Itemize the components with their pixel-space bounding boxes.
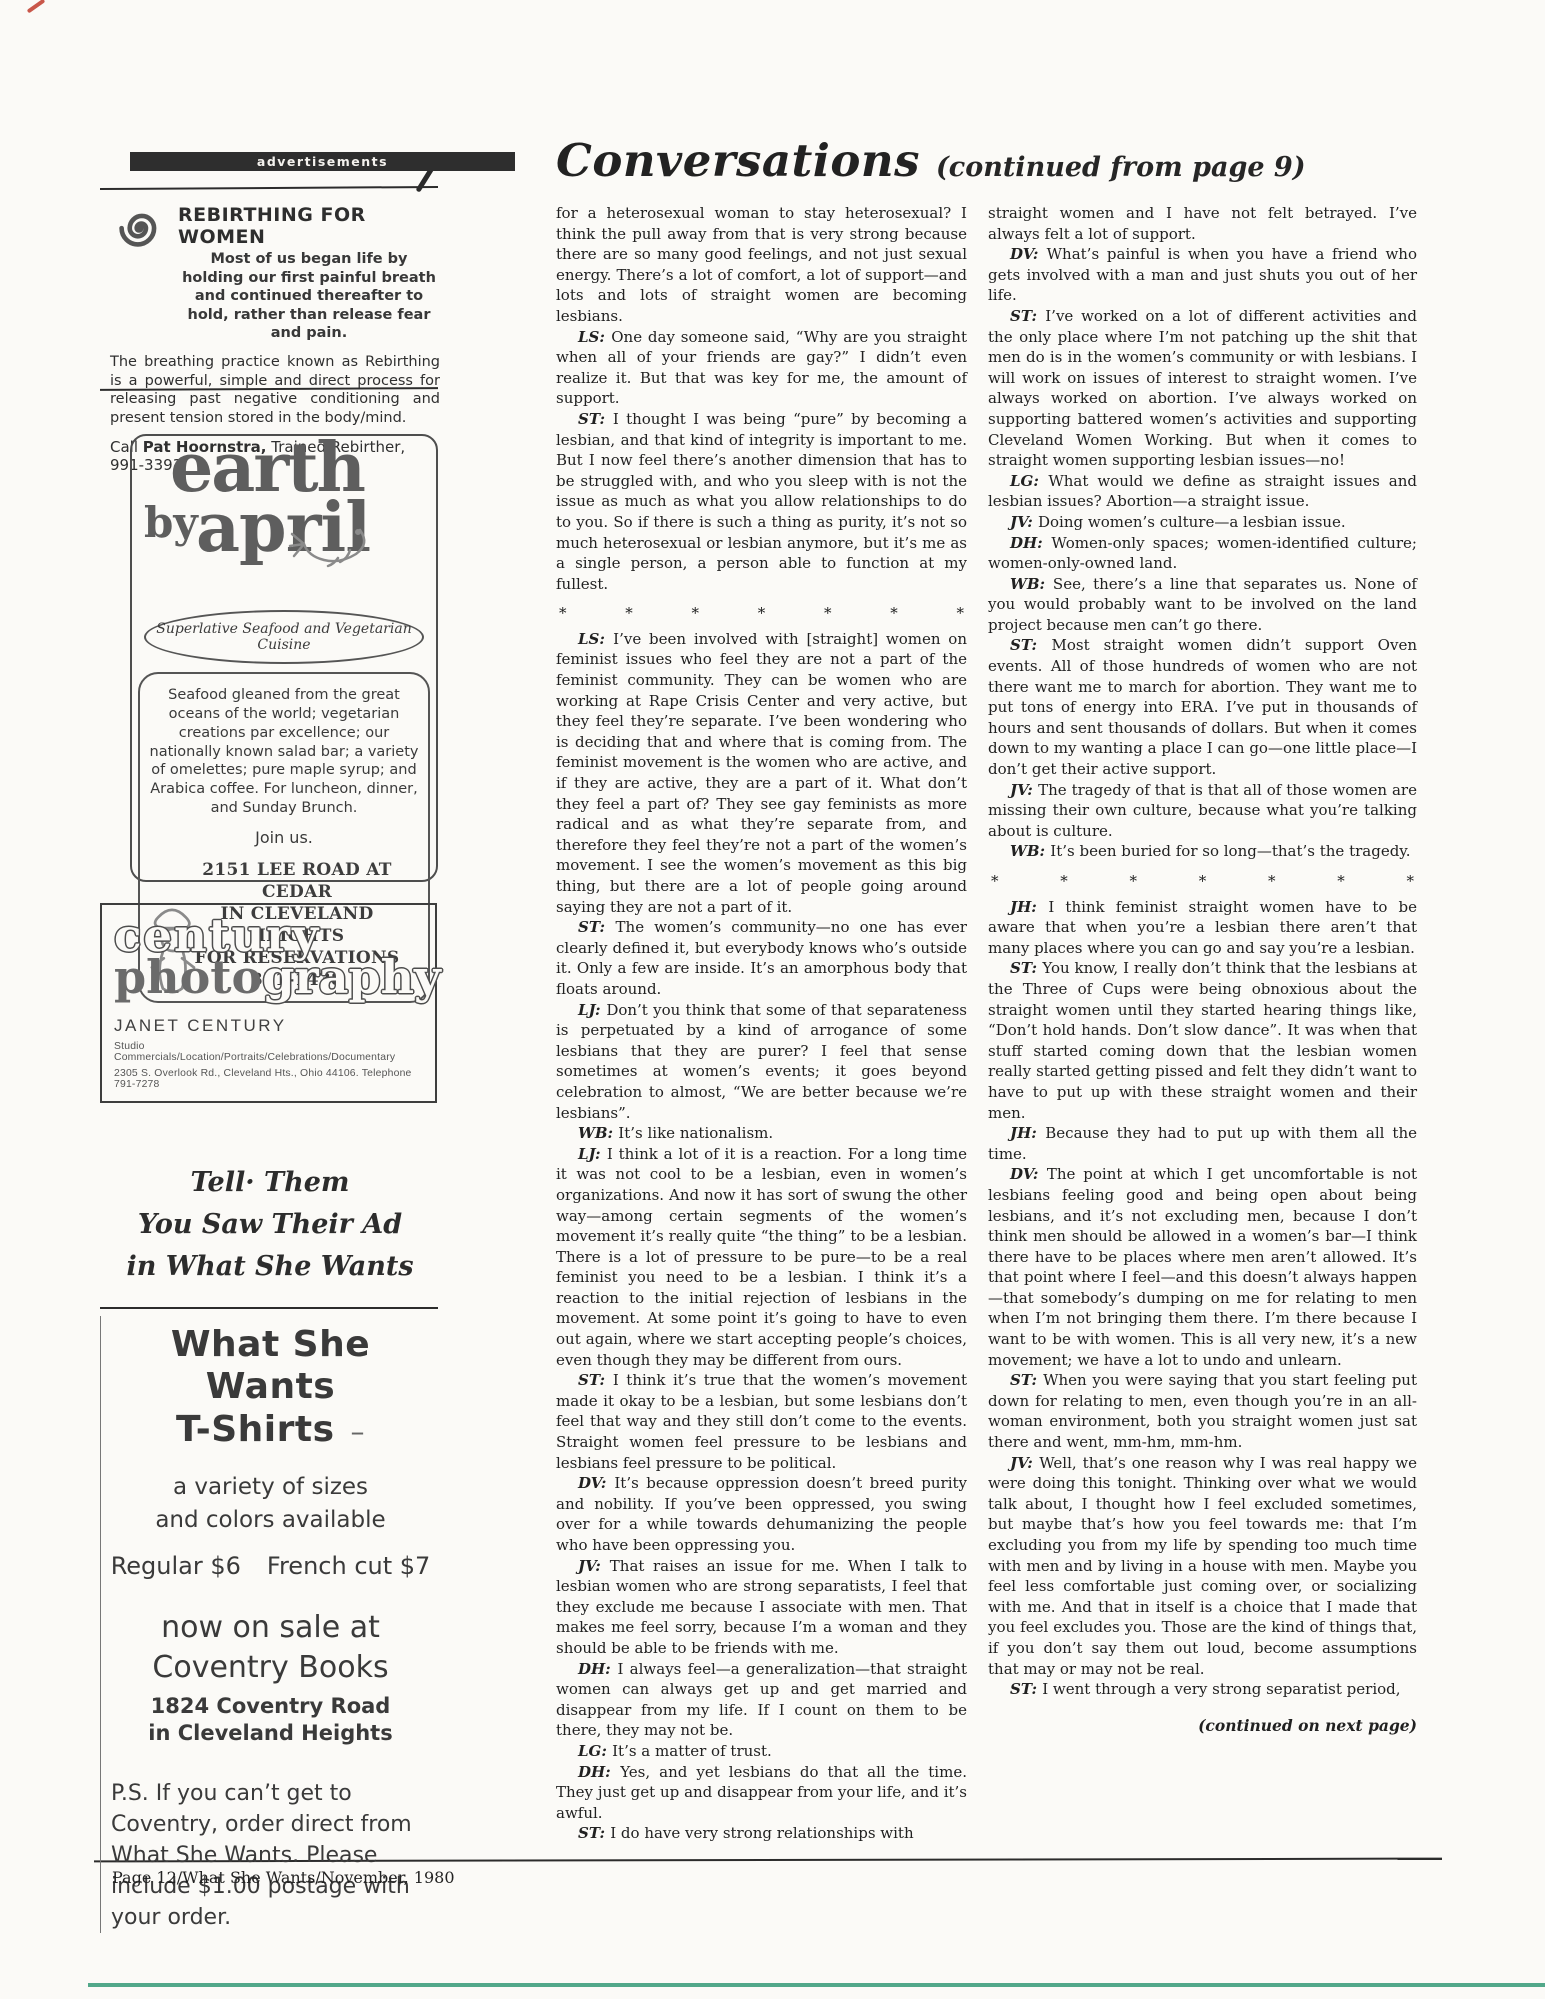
speaker-label: DV: <box>578 1474 614 1492</box>
asterisk: * <box>1199 871 1207 892</box>
speaker-label: JH: <box>1010 898 1048 916</box>
section-separator: ******* <box>556 594 967 629</box>
speaker-label: WB: <box>1010 575 1053 593</box>
paragraph-text: straight women and I have not felt betra… <box>988 204 1417 243</box>
paragraph-text: See, there’s a line that separates us. N… <box>988 575 1417 634</box>
speaker-label: ST: <box>1010 1680 1042 1698</box>
speaker-label: JV: <box>1010 1454 1039 1472</box>
paragraph-text: Women-only spaces; women-identified cult… <box>988 534 1417 573</box>
article-column-1: for a heterosexual woman to stay heteros… <box>556 203 967 1844</box>
dialogue-paragraph: WB: See, there’s a line that separates u… <box>988 574 1417 636</box>
paragraph-text: Don’t you think that some of that separa… <box>556 1001 967 1122</box>
paragraph-text: I think feminist straight women have to … <box>988 898 1417 957</box>
article-header: Conversations(continued from page 9) <box>556 134 1306 187</box>
paragraph-text: It’s a matter of trust. <box>612 1742 772 1760</box>
dialogue-paragraph: ST: I’ve worked on a lot of different ac… <box>988 306 1417 471</box>
asterisk: * <box>1060 871 1068 892</box>
century-address: 2305 S. Overlook Rd., Cleveland Hts., Oh… <box>114 1068 423 1090</box>
paragraph-text: I always feel—a generalization—that stra… <box>556 1660 967 1740</box>
tshirts-sale-location: now on sale at Coventry Books <box>101 1608 440 1689</box>
speaker-label: JV: <box>1010 513 1038 531</box>
advertisements-banner: advertisements <box>130 152 515 171</box>
speaker-label: ST: <box>1010 307 1045 325</box>
asterisk: * <box>692 603 700 624</box>
earth-by-april-tagline: Superlative Seafood and Vegetarian Cuisi… <box>144 610 424 664</box>
paragraph-text: I think it’s true that the women’s movem… <box>556 1371 967 1471</box>
earth-by-april-logo: earth by april <box>138 440 430 608</box>
asterisk: * <box>824 603 832 624</box>
tshirts-sizes: a variety of sizes and colors available <box>101 1471 440 1535</box>
paragraph-text: You know, I really don’t think that the … <box>988 959 1417 1121</box>
speaker-label: JV: <box>578 1557 610 1575</box>
paragraph-text: I thought I was being “pure” by becoming… <box>556 410 967 593</box>
tell-them-notice: Tell· Them You Saw Their Ad in What She … <box>100 1162 440 1288</box>
dialogue-paragraph: LJ: I think a lot of it is a reaction. F… <box>556 1144 967 1371</box>
tshirts-postscript: P.S. If you can’t get to Coventry, order… <box>101 1779 440 1933</box>
paragraph-text: The point at which I get uncomfortable i… <box>988 1165 1417 1368</box>
paragraph-text: It’s because oppression doesn’t breed pu… <box>556 1474 967 1554</box>
paragraph-text: I’ve been involved with [straight] women… <box>556 630 967 916</box>
rebirthing-ad-intro: Most of us began life by holding our fir… <box>178 250 440 343</box>
paragraph-text: Most straight women didn’t support Oven … <box>988 636 1417 778</box>
asterisk: * <box>957 603 965 624</box>
dialogue-paragraph: LS: One day someone said, “Why are you s… <box>556 327 967 409</box>
dialogue-paragraph: straight women and I have not felt betra… <box>988 203 1417 244</box>
dialogue-paragraph: DH: Yes, and yet lesbians do that all th… <box>556 1762 967 1824</box>
paragraph-text: I’ve worked on a lot of different activi… <box>988 307 1417 469</box>
dialogue-paragraph: ST: I do have very strong relationships … <box>556 1823 967 1844</box>
tshirts-title: What She Wants T-Shirts– <box>101 1324 440 1451</box>
speaker-label: JV: <box>1010 781 1038 799</box>
asterisk: * <box>1407 871 1415 892</box>
speaker-label: ST: <box>1010 1371 1043 1389</box>
paragraph-text: for a heterosexual woman to stay heteros… <box>556 204 967 325</box>
paragraph-text: Well, that’s one reason why I was real h… <box>988 1454 1417 1678</box>
speaker-label: ST: <box>578 1371 613 1389</box>
speaker-label: LS: <box>578 328 611 346</box>
century-owner-name: JANET CENTURY <box>114 1016 423 1036</box>
dialogue-paragraph: DV: It’s because oppression doesn’t bree… <box>556 1473 967 1555</box>
rebirthing-ad-title: REBIRTHING FOR WOMEN <box>178 204 440 248</box>
spiral-icon <box>110 196 168 258</box>
tshirts-address: 1824 Coventry Road in Cleveland Heights <box>101 1693 440 1748</box>
column-2-paragraphs: straight women and I have not felt betra… <box>988 203 1417 1700</box>
article-title: Conversations <box>556 134 920 187</box>
speaker-label: DV: <box>1010 1165 1047 1183</box>
dialogue-paragraph: LG: What would we define as straight iss… <box>988 471 1417 512</box>
dialogue-paragraph: LS: I’ve been involved with [straight] w… <box>556 629 967 917</box>
speaker-label: LG: <box>578 1742 612 1760</box>
pen-dash-mark: – <box>351 1415 366 1448</box>
article-column-2: straight women and I have not felt betra… <box>988 203 1417 1736</box>
section-separator: ******* <box>988 862 1417 897</box>
speaker-label: ST: <box>578 410 613 428</box>
continued-next-page-note: (continued on next page) <box>988 1716 1417 1737</box>
dialogue-paragraph: DV: What’s painful is when you have a fr… <box>988 244 1417 306</box>
paragraph-text: The women’s community—no one has ever cl… <box>556 918 967 998</box>
speaker-label: DH: <box>1010 534 1051 552</box>
dialogue-paragraph: ST: I thought I was being “pure” by beco… <box>556 409 967 594</box>
dialogue-paragraph: WB: It’s like nationalism. <box>556 1123 967 1144</box>
dialogue-paragraph: WB: It’s been buried for so long—that’s … <box>988 841 1417 862</box>
asterisk: * <box>1130 871 1138 892</box>
dialogue-paragraph: JH: Because they had to put up with them… <box>988 1123 1417 1164</box>
paragraph-text: When you were saying that you start feel… <box>988 1371 1417 1451</box>
dialogue-paragraph: ST: When you were saying that you start … <box>988 1370 1417 1452</box>
speaker-label: LJ: <box>578 1145 607 1163</box>
paragraph-text: What would we define as straight issues … <box>988 472 1417 511</box>
paragraph-text: Doing women’s culture—a lesbian issue. <box>1038 513 1346 531</box>
rebirthing-ad-body: The breathing practice known as Rebirthi… <box>110 353 440 428</box>
paragraph-text: I went through a very strong separatist … <box>1042 1680 1400 1698</box>
paragraph-text: I do have very strong relationships with <box>610 1824 913 1842</box>
page-footer: Page 12/What She Wants/November, 1980 <box>112 1868 455 1887</box>
divider-rule <box>100 186 438 190</box>
asterisk: * <box>991 871 999 892</box>
paragraph-text: That raises an issue for me. When I talk… <box>556 1557 967 1657</box>
paragraph-text: Because they had to put up with them all… <box>988 1124 1417 1163</box>
speaker-label: LJ: <box>578 1001 606 1019</box>
speaker-label: ST: <box>578 1824 610 1842</box>
asterisk: * <box>1337 871 1345 892</box>
asterisk: * <box>890 603 898 624</box>
dialogue-paragraph: ST: You know, I really don’t think that … <box>988 958 1417 1123</box>
earth-by-april-body: Seafood gleaned from the great oceans of… <box>148 686 420 818</box>
speaker-label: LG: <box>1010 472 1048 490</box>
dialogue-paragraph: DH: Women-only spaces; women-identified … <box>988 533 1417 574</box>
century-photography-ad: century photography JANET CENTURY Studio… <box>100 903 437 1103</box>
dialogue-paragraph: ST: I went through a very strong separat… <box>988 1679 1417 1700</box>
asterisk: * <box>758 603 766 624</box>
red-corner-mark <box>27 0 46 13</box>
dialogue-paragraph: ST: The women’s community—no one has eve… <box>556 917 967 999</box>
paragraph-text: The tragedy of that is that all of those… <box>988 781 1417 840</box>
speaker-label: WB: <box>578 1124 618 1142</box>
newspaper-page: advertisements REBIRTHING FOR WOMEN Most… <box>0 0 1545 1999</box>
paragraph-text: I think a lot of it is a reaction. For a… <box>556 1145 967 1369</box>
paragraph-text: One day someone said, “Why are you strai… <box>556 328 967 408</box>
speaker-label: DH: <box>578 1660 617 1678</box>
asterisk: * <box>1268 871 1276 892</box>
dialogue-paragraph: DH: I always feel—a generalization—that … <box>556 1659 967 1741</box>
paragraph-text: What’s painful is when you have a friend… <box>988 245 1417 304</box>
tshirts-ad: What She Wants T-Shirts– a variety of si… <box>100 1316 440 1933</box>
speaker-label: JH: <box>1010 1124 1045 1142</box>
speaker-label: ST: <box>1010 636 1052 654</box>
asterisk: * <box>559 603 567 624</box>
dialogue-paragraph: ST: Most straight women didn’t support O… <box>988 635 1417 779</box>
dialogue-paragraph: JV: Well, that’s one reason why I was re… <box>988 1453 1417 1680</box>
century-services: Studio Commercials/Location/Portraits/Ce… <box>114 1041 423 1063</box>
article-continuation-note: (continued from page 9) <box>936 152 1306 183</box>
dialogue-paragraph: JH: I think feminist straight women have… <box>988 897 1417 959</box>
dialogue-paragraph: JV: Doing women’s culture—a lesbian issu… <box>988 512 1417 533</box>
shrimp-icon <box>288 518 372 572</box>
scan-edge-line <box>88 1983 1545 1987</box>
earth-by-april-join: Join us. <box>148 828 420 847</box>
paragraph-text: It’s like nationalism. <box>618 1124 773 1142</box>
divider-rule <box>100 1307 438 1309</box>
speaker-label: ST: <box>578 918 616 936</box>
speaker-label: ST: <box>1010 959 1042 977</box>
century-logo-line2: photography <box>114 954 423 1000</box>
dialogue-paragraph: JV: The tragedy of that is that all of t… <box>988 780 1417 842</box>
dialogue-paragraph: ST: I think it’s true that the women’s m… <box>556 1370 967 1473</box>
speaker-label: DV: <box>1010 245 1047 263</box>
speaker-label: LS: <box>578 630 613 648</box>
dialogue-paragraph: LG: It’s a matter of trust. <box>556 1741 967 1762</box>
dialogue-paragraph: DV: The point at which I get uncomfortab… <box>988 1164 1417 1370</box>
speaker-label: DH: <box>578 1763 620 1781</box>
asterisk: * <box>625 603 633 624</box>
dialogue-paragraph: JV: That raises an issue for me. When I … <box>556 1556 967 1659</box>
dialogue-paragraph: for a heterosexual woman to stay heteros… <box>556 203 967 327</box>
dialogue-paragraph: LJ: Don’t you think that some of that se… <box>556 1000 967 1124</box>
paragraph-text: It’s been buried for so long—that’s the … <box>1050 842 1410 860</box>
speaker-label: WB: <box>1010 842 1050 860</box>
earth-by-april-ad: earth by april Superlative Seafood and V… <box>130 434 438 882</box>
tshirts-prices: Regular $6French cut $7 <box>101 1552 440 1580</box>
